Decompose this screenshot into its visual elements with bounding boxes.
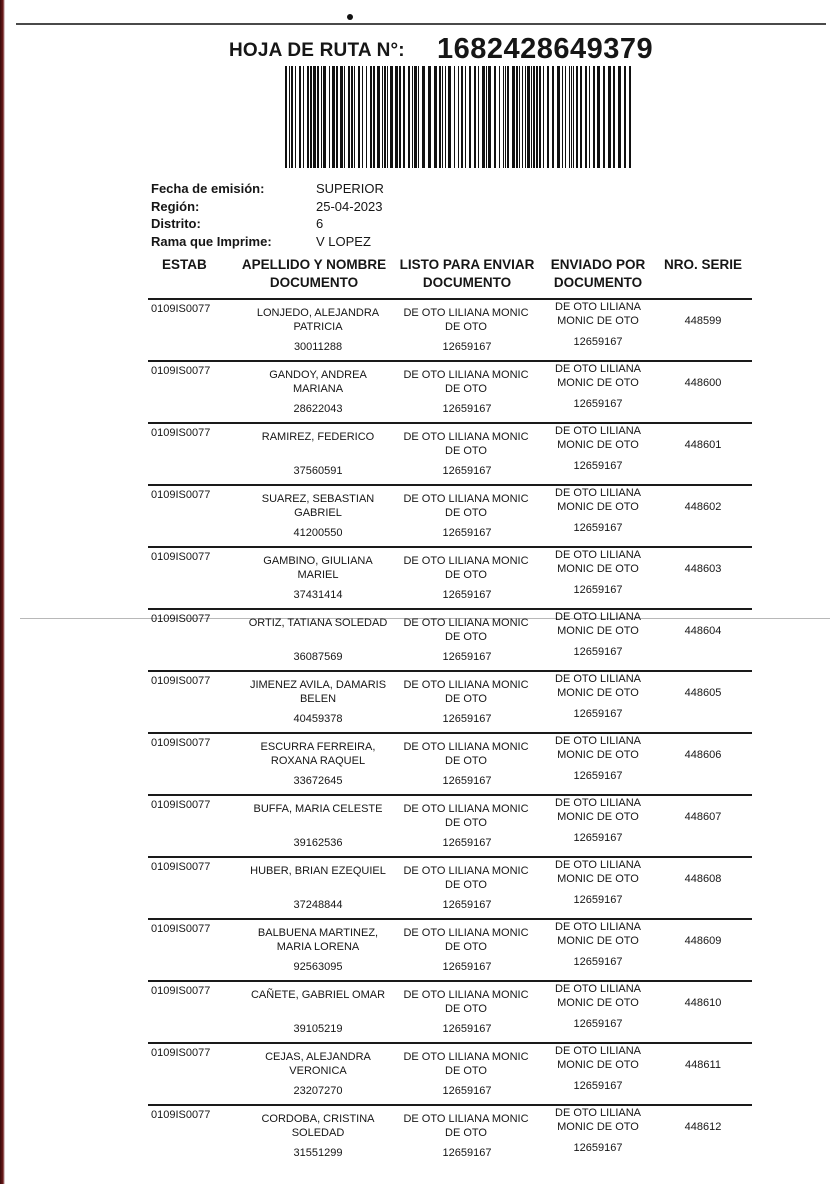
listo-name: DE OTO LILIANA MONIC DE OTO (396, 1113, 536, 1140)
estab-cell: 0109IS0077 (148, 548, 244, 608)
listo-document: 12659167 (392, 1147, 542, 1161)
serie-cell: 448603 (654, 548, 752, 608)
listo-document: 12659167 (392, 403, 542, 417)
enviado-name: DE OTO LILIANA MONIC DE OTO (542, 921, 654, 948)
enviado-document: 12659167 (542, 956, 654, 970)
person-document: 30011288 (244, 341, 392, 355)
table-row: 0109IS0077SUAREZ, SEBASTIAN GABRIEL41200… (148, 486, 752, 548)
enviado-name: DE OTO LILIANA MONIC DE OTO (542, 611, 654, 638)
estab-cell: 0109IS0077 (148, 362, 244, 422)
listo-cell: DE OTO LILIANA MONIC DE OTO12659167 (392, 362, 542, 422)
meta-value: SUPERIOR (316, 180, 384, 198)
table-row: 0109IS0077HUBER, BRIAN EZEQUIEL37248844D… (148, 858, 752, 920)
person-document: 41200550 (244, 527, 392, 541)
name-cell: ESCURRA FERREIRA, ROXANA RAQUEL33672645 (244, 734, 392, 794)
table-row: 0109IS0077BUFFA, MARIA CELESTE39162536DE… (148, 796, 752, 858)
estab-cell: 0109IS0077 (148, 1044, 244, 1104)
serie-cell: 448602 (654, 486, 752, 546)
table-row: 0109IS0077RAMIREZ, FEDERICO37560591DE OT… (148, 424, 752, 486)
table-row: 0109IS0077CORDOBA, CRISTINA SOLEDAD31551… (148, 1106, 752, 1166)
person-name: CAÑETE, GABRIEL OMAR (244, 989, 392, 1003)
meta-label: Rama que Imprime: (151, 233, 316, 251)
listo-document: 12659167 (392, 837, 542, 851)
serie-cell: 448601 (654, 424, 752, 484)
enviado-cell: DE OTO LILIANA MONIC DE OTO12659167 (542, 858, 654, 918)
meta-label: Región: (151, 198, 316, 216)
person-document: 40459378 (244, 713, 392, 727)
table-row: 0109IS0077GAMBINO, GIULIANA MARIEL374314… (148, 548, 752, 610)
meta-row: Región:25-04-2023 (151, 198, 384, 216)
barcode (285, 66, 635, 168)
enviado-document: 12659167 (542, 522, 654, 536)
route-sheet-number: 1682428649379 (437, 33, 653, 66)
serie-cell: 448609 (654, 920, 752, 980)
meta-value: V LOPEZ (316, 233, 371, 251)
enviado-document: 12659167 (542, 460, 654, 474)
serie-cell: 448604 (654, 610, 752, 670)
table-row: 0109IS0077CEJAS, ALEJANDRA VERONICA23207… (148, 1044, 752, 1106)
person-name: GANDOY, ANDREA MARIANA (244, 369, 392, 396)
enviado-cell: DE OTO LILIANA MONIC DE OTO12659167 (542, 424, 654, 484)
serie-cell: 448599 (654, 300, 752, 360)
route-table: ESTABAPELLIDO Y NOMBRE DOCUMENTOLISTO PA… (148, 256, 752, 1166)
enviado-cell: DE OTO LILIANA MONIC DE OTO12659167 (542, 734, 654, 794)
document-title: HOJA DE RUTA N°: (229, 40, 405, 62)
person-name: ORTIZ, TATIANA SOLEDAD (244, 617, 392, 631)
listo-name: DE OTO LILIANA MONIC DE OTO (396, 493, 536, 520)
meta-value: 25-04-2023 (316, 198, 383, 216)
person-name: CEJAS, ALEJANDRA VERONICA (244, 1051, 392, 1078)
name-cell: CEJAS, ALEJANDRA VERONICA23207270 (244, 1044, 392, 1104)
enviado-name: DE OTO LILIANA MONIC DE OTO (542, 363, 654, 390)
serie-cell: 448611 (654, 1044, 752, 1104)
listo-document: 12659167 (392, 1023, 542, 1037)
meta-value: 6 (316, 215, 323, 233)
enviado-name: DE OTO LILIANA MONIC DE OTO (542, 549, 654, 576)
serie-cell: 448600 (654, 362, 752, 422)
estab-cell: 0109IS0077 (148, 300, 244, 360)
col-estab-header: ESTAB (148, 256, 236, 292)
person-document: 92563095 (244, 961, 392, 975)
enviado-cell: DE OTO LILIANA MONIC DE OTO12659167 (542, 300, 654, 360)
listo-name: DE OTO LILIANA MONIC DE OTO (396, 369, 536, 396)
serie-cell: 448607 (654, 796, 752, 856)
person-document: 37560591 (244, 465, 392, 479)
name-cell: BALBUENA MARTINEZ, MARIA LORENA92563095 (244, 920, 392, 980)
listo-cell: DE OTO LILIANA MONIC DE OTO12659167 (392, 858, 542, 918)
enviado-cell: DE OTO LILIANA MONIC DE OTO12659167 (542, 982, 654, 1042)
person-document: 36087569 (244, 651, 392, 665)
table-header: ESTABAPELLIDO Y NOMBRE DOCUMENTOLISTO PA… (148, 256, 752, 300)
estab-cell: 0109IS0077 (148, 858, 244, 918)
listo-document: 12659167 (392, 465, 542, 479)
estab-cell: 0109IS0077 (148, 486, 244, 546)
person-document: 23207270 (244, 1085, 392, 1099)
enviado-cell: DE OTO LILIANA MONIC DE OTO12659167 (542, 796, 654, 856)
col-apellido-nombre-header: APELLIDO Y NOMBRE DOCUMENTO (236, 256, 392, 292)
listo-name: DE OTO LILIANA MONIC DE OTO (396, 307, 536, 334)
person-name: SUAREZ, SEBASTIAN GABRIEL (244, 493, 392, 520)
listo-document: 12659167 (392, 527, 542, 541)
estab-cell: 0109IS0077 (148, 982, 244, 1042)
listo-document: 12659167 (392, 713, 542, 727)
listo-document: 12659167 (392, 589, 542, 603)
table-row: 0109IS0077LONJEDO, ALEJANDRA PATRICIA300… (148, 300, 752, 362)
person-document: 37431414 (244, 589, 392, 603)
top-rule (16, 23, 826, 25)
person-document: 28622043 (244, 403, 392, 417)
listo-cell: DE OTO LILIANA MONIC DE OTO12659167 (392, 1044, 542, 1104)
meta-label: Distrito: (151, 215, 316, 233)
enviado-name: DE OTO LILIANA MONIC DE OTO (542, 487, 654, 514)
estab-cell: 0109IS0077 (148, 424, 244, 484)
name-cell: CORDOBA, CRISTINA SOLEDAD31551299 (244, 1106, 392, 1166)
person-name: CORDOBA, CRISTINA SOLEDAD (244, 1113, 392, 1140)
table-row: 0109IS0077CAÑETE, GABRIEL OMAR39105219DE… (148, 982, 752, 1044)
listo-document: 12659167 (392, 961, 542, 975)
enviado-name: DE OTO LILIANA MONIC DE OTO (542, 1045, 654, 1072)
name-cell: GANDOY, ANDREA MARIANA28622043 (244, 362, 392, 422)
enviado-document: 12659167 (542, 646, 654, 660)
table-body: 0109IS0077LONJEDO, ALEJANDRA PATRICIA300… (148, 300, 752, 1166)
person-document: 37248844 (244, 899, 392, 913)
person-name: LONJEDO, ALEJANDRA PATRICIA (244, 307, 392, 334)
enviado-document: 12659167 (542, 770, 654, 784)
name-cell: SUAREZ, SEBASTIAN GABRIEL41200550 (244, 486, 392, 546)
person-name: HUBER, BRIAN EZEQUIEL (244, 865, 392, 879)
enviado-name: DE OTO LILIANA MONIC DE OTO (542, 983, 654, 1010)
estab-cell: 0109IS0077 (148, 672, 244, 732)
person-document: 39162536 (244, 837, 392, 851)
enviado-document: 12659167 (542, 1018, 654, 1032)
table-row: 0109IS0077ORTIZ, TATIANA SOLEDAD36087569… (148, 610, 752, 672)
col-enviado-por-header: ENVIADO POR DOCUMENTO (542, 256, 654, 292)
enviado-cell: DE OTO LILIANA MONIC DE OTO12659167 (542, 362, 654, 422)
listo-document: 12659167 (392, 899, 542, 913)
name-cell: RAMIREZ, FEDERICO37560591 (244, 424, 392, 484)
document-metadata: Fecha de emisión:SUPERIORRegión:25-04-20… (151, 180, 384, 250)
serie-cell: 448605 (654, 672, 752, 732)
person-document: 33672645 (244, 775, 392, 789)
listo-cell: DE OTO LILIANA MONIC DE OTO12659167 (392, 982, 542, 1042)
enviado-name: DE OTO LILIANA MONIC DE OTO (542, 797, 654, 824)
listo-name: DE OTO LILIANA MONIC DE OTO (396, 1051, 536, 1078)
person-name: GAMBINO, GIULIANA MARIEL (244, 555, 392, 582)
enviado-document: 12659167 (542, 336, 654, 350)
estab-cell: 0109IS0077 (148, 796, 244, 856)
enviado-document: 12659167 (542, 832, 654, 846)
enviado-document: 12659167 (542, 708, 654, 722)
name-cell: JIMENEZ AVILA, DAMARIS BELEN40459378 (244, 672, 392, 732)
enviado-cell: DE OTO LILIANA MONIC DE OTO12659167 (542, 920, 654, 980)
enviado-document: 12659167 (542, 584, 654, 598)
listo-cell: DE OTO LILIANA MONIC DE OTO12659167 (392, 548, 542, 608)
name-cell: LONJEDO, ALEJANDRA PATRICIA30011288 (244, 300, 392, 360)
estab-cell: 0109IS0077 (148, 610, 244, 670)
scan-edge (0, 0, 5, 1184)
enviado-document: 12659167 (542, 1080, 654, 1094)
col-listo-para-enviar-header: LISTO PARA ENVIAR DOCUMENTO (392, 256, 542, 292)
listo-name: DE OTO LILIANA MONIC DE OTO (396, 927, 536, 954)
person-name: ESCURRA FERREIRA, ROXANA RAQUEL (244, 741, 392, 768)
listo-cell: DE OTO LILIANA MONIC DE OTO12659167 (392, 424, 542, 484)
enviado-name: DE OTO LILIANA MONIC DE OTO (542, 1107, 654, 1134)
col-nro-serie-header: NRO. SERIE (654, 256, 752, 292)
listo-cell: DE OTO LILIANA MONIC DE OTO12659167 (392, 672, 542, 732)
enviado-document: 12659167 (542, 398, 654, 412)
name-cell: HUBER, BRIAN EZEQUIEL37248844 (244, 858, 392, 918)
listo-cell: DE OTO LILIANA MONIC DE OTO12659167 (392, 1106, 542, 1166)
person-name: JIMENEZ AVILA, DAMARIS BELEN (244, 679, 392, 706)
enviado-cell: DE OTO LILIANA MONIC DE OTO12659167 (542, 672, 654, 732)
name-cell: ORTIZ, TATIANA SOLEDAD36087569 (244, 610, 392, 670)
enviado-cell: DE OTO LILIANA MONIC DE OTO12659167 (542, 486, 654, 546)
serie-cell: 448608 (654, 858, 752, 918)
serie-cell: 448612 (654, 1106, 752, 1166)
meta-row: Rama que Imprime:V LOPEZ (151, 233, 384, 251)
estab-cell: 0109IS0077 (148, 920, 244, 980)
meta-row: Fecha de emisión:SUPERIOR (151, 180, 384, 198)
enviado-cell: DE OTO LILIANA MONIC DE OTO12659167 (542, 1044, 654, 1104)
enviado-document: 12659167 (542, 894, 654, 908)
enviado-name: DE OTO LILIANA MONIC DE OTO (542, 859, 654, 886)
enviado-cell: DE OTO LILIANA MONIC DE OTO12659167 (542, 548, 654, 608)
meta-label: Fecha de emisión: (151, 180, 316, 198)
listo-name: DE OTO LILIANA MONIC DE OTO (396, 865, 536, 892)
enviado-document: 12659167 (542, 1142, 654, 1156)
listo-document: 12659167 (392, 341, 542, 355)
listo-document: 12659167 (392, 775, 542, 789)
listo-name: DE OTO LILIANA MONIC DE OTO (396, 555, 536, 582)
enviado-name: DE OTO LILIANA MONIC DE OTO (542, 735, 654, 762)
person-document: 31551299 (244, 1147, 392, 1161)
meta-row: Distrito:6 (151, 215, 384, 233)
enviado-cell: DE OTO LILIANA MONIC DE OTO12659167 (542, 610, 654, 670)
serie-cell: 448610 (654, 982, 752, 1042)
listo-cell: DE OTO LILIANA MONIC DE OTO12659167 (392, 796, 542, 856)
table-row: 0109IS0077BALBUENA MARTINEZ, MARIA LOREN… (148, 920, 752, 982)
punch-mark (347, 14, 353, 20)
person-document: 39105219 (244, 1023, 392, 1037)
listo-cell: DE OTO LILIANA MONIC DE OTO12659167 (392, 300, 542, 360)
serie-cell: 448606 (654, 734, 752, 794)
listo-cell: DE OTO LILIANA MONIC DE OTO12659167 (392, 920, 542, 980)
person-name: RAMIREZ, FEDERICO (244, 431, 392, 445)
enviado-name: DE OTO LILIANA MONIC DE OTO (542, 673, 654, 700)
name-cell: GAMBINO, GIULIANA MARIEL37431414 (244, 548, 392, 608)
listo-cell: DE OTO LILIANA MONIC DE OTO12659167 (392, 734, 542, 794)
listo-name: DE OTO LILIANA MONIC DE OTO (396, 431, 536, 458)
estab-cell: 0109IS0077 (148, 1106, 244, 1166)
enviado-name: DE OTO LILIANA MONIC DE OTO (542, 425, 654, 452)
table-row: 0109IS0077GANDOY, ANDREA MARIANA28622043… (148, 362, 752, 424)
enviado-cell: DE OTO LILIANA MONIC DE OTO12659167 (542, 1106, 654, 1166)
person-name: BALBUENA MARTINEZ, MARIA LORENA (244, 927, 392, 954)
listo-document: 12659167 (392, 651, 542, 665)
listo-name: DE OTO LILIANA MONIC DE OTO (396, 741, 536, 768)
name-cell: BUFFA, MARIA CELESTE39162536 (244, 796, 392, 856)
enviado-name: DE OTO LILIANA MONIC DE OTO (542, 301, 654, 328)
listo-name: DE OTO LILIANA MONIC DE OTO (396, 803, 536, 830)
person-name: BUFFA, MARIA CELESTE (244, 803, 392, 817)
table-row: 0109IS0077JIMENEZ AVILA, DAMARIS BELEN40… (148, 672, 752, 734)
listo-name: DE OTO LILIANA MONIC DE OTO (396, 989, 536, 1016)
table-row: 0109IS0077ESCURRA FERREIRA, ROXANA RAQUE… (148, 734, 752, 796)
listo-name: DE OTO LILIANA MONIC DE OTO (396, 617, 536, 644)
listo-name: DE OTO LILIANA MONIC DE OTO (396, 679, 536, 706)
name-cell: CAÑETE, GABRIEL OMAR39105219 (244, 982, 392, 1042)
listo-document: 12659167 (392, 1085, 542, 1099)
listo-cell: DE OTO LILIANA MONIC DE OTO12659167 (392, 486, 542, 546)
estab-cell: 0109IS0077 (148, 734, 244, 794)
listo-cell: DE OTO LILIANA MONIC DE OTO12659167 (392, 610, 542, 670)
